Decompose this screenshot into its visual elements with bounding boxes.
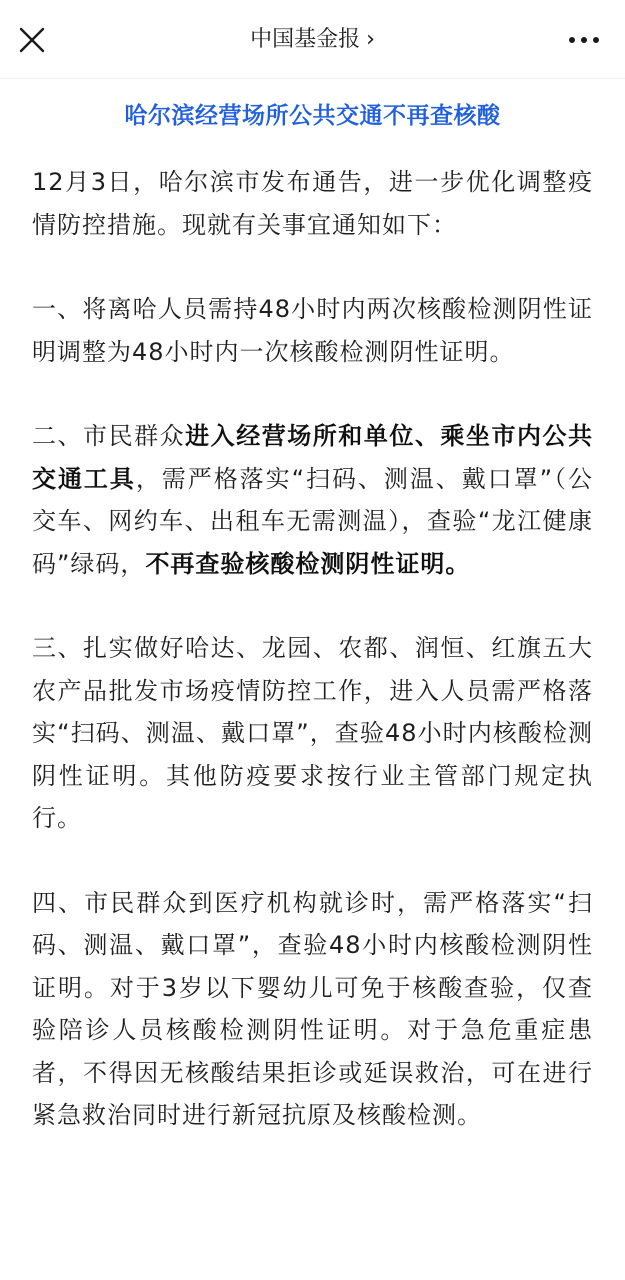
more-dot-icon bbox=[581, 37, 587, 43]
paragraph-text: 二、市民群众 bbox=[32, 422, 185, 450]
chevron-right-icon: › bbox=[366, 24, 375, 56]
account-name: 中国基金报 bbox=[250, 27, 360, 52]
account-name-link[interactable]: 中国基金报› bbox=[0, 24, 625, 56]
article-paragraph-1: 一、将离哈人员需持48小时内两次核酸检测阴性证明调整为48小时内一次核酸检测阴性… bbox=[32, 288, 593, 373]
article-body: 哈尔滨经营场所公共交通不再查核酸 12月3日，哈尔滨市发布通告，进一步优化调整疫… bbox=[0, 101, 625, 1137]
more-dot-icon bbox=[569, 37, 575, 43]
article-headline: 哈尔滨经营场所公共交通不再查核酸 bbox=[32, 101, 593, 131]
article-paragraph-2: 二、市民群众进入经营场所和单位、乘坐市内公共交通工具，需严格落实“扫码、测温、戴… bbox=[32, 415, 593, 585]
article-paragraph-4: 四、市民群众到医疗机构就诊时，需严格落实“扫码、测温、戴口罩”，查验48小时内核… bbox=[32, 882, 593, 1137]
paragraph-text: 四、市民群众到医疗机构就诊时，需严格落实“扫码、测温、戴口罩”，查验48小时内核… bbox=[32, 889, 593, 1130]
paragraph-text: 一、将离哈人员需持48小时内两次核酸检测阴性证明调整为48小时内一次核酸检测阴性… bbox=[32, 295, 593, 366]
paragraph-text: 12月3日，哈尔滨市发布通告，进一步优化调整疫情防控措施。现就有关事宜通知如下： bbox=[32, 168, 593, 239]
article-paragraph-intro: 12月3日，哈尔滨市发布通告，进一步优化调整疫情防控措施。现就有关事宜通知如下： bbox=[32, 161, 593, 246]
paragraph-text: 三、扎实做好哈达、龙园、农都、润恒、红旗五大农产品批发市场疫情防控工作，进入人员… bbox=[32, 634, 593, 832]
more-options-button[interactable] bbox=[569, 34, 599, 46]
top-navigation-bar: 中国基金报› bbox=[0, 0, 625, 79]
more-dot-icon bbox=[593, 37, 599, 43]
paragraph-bold-text: 不再查验核酸检测阴性证明。 bbox=[145, 550, 470, 578]
article-paragraph-3: 三、扎实做好哈达、龙园、农都、润恒、红旗五大农产品批发市场疫情防控工作，进入人员… bbox=[32, 627, 593, 840]
